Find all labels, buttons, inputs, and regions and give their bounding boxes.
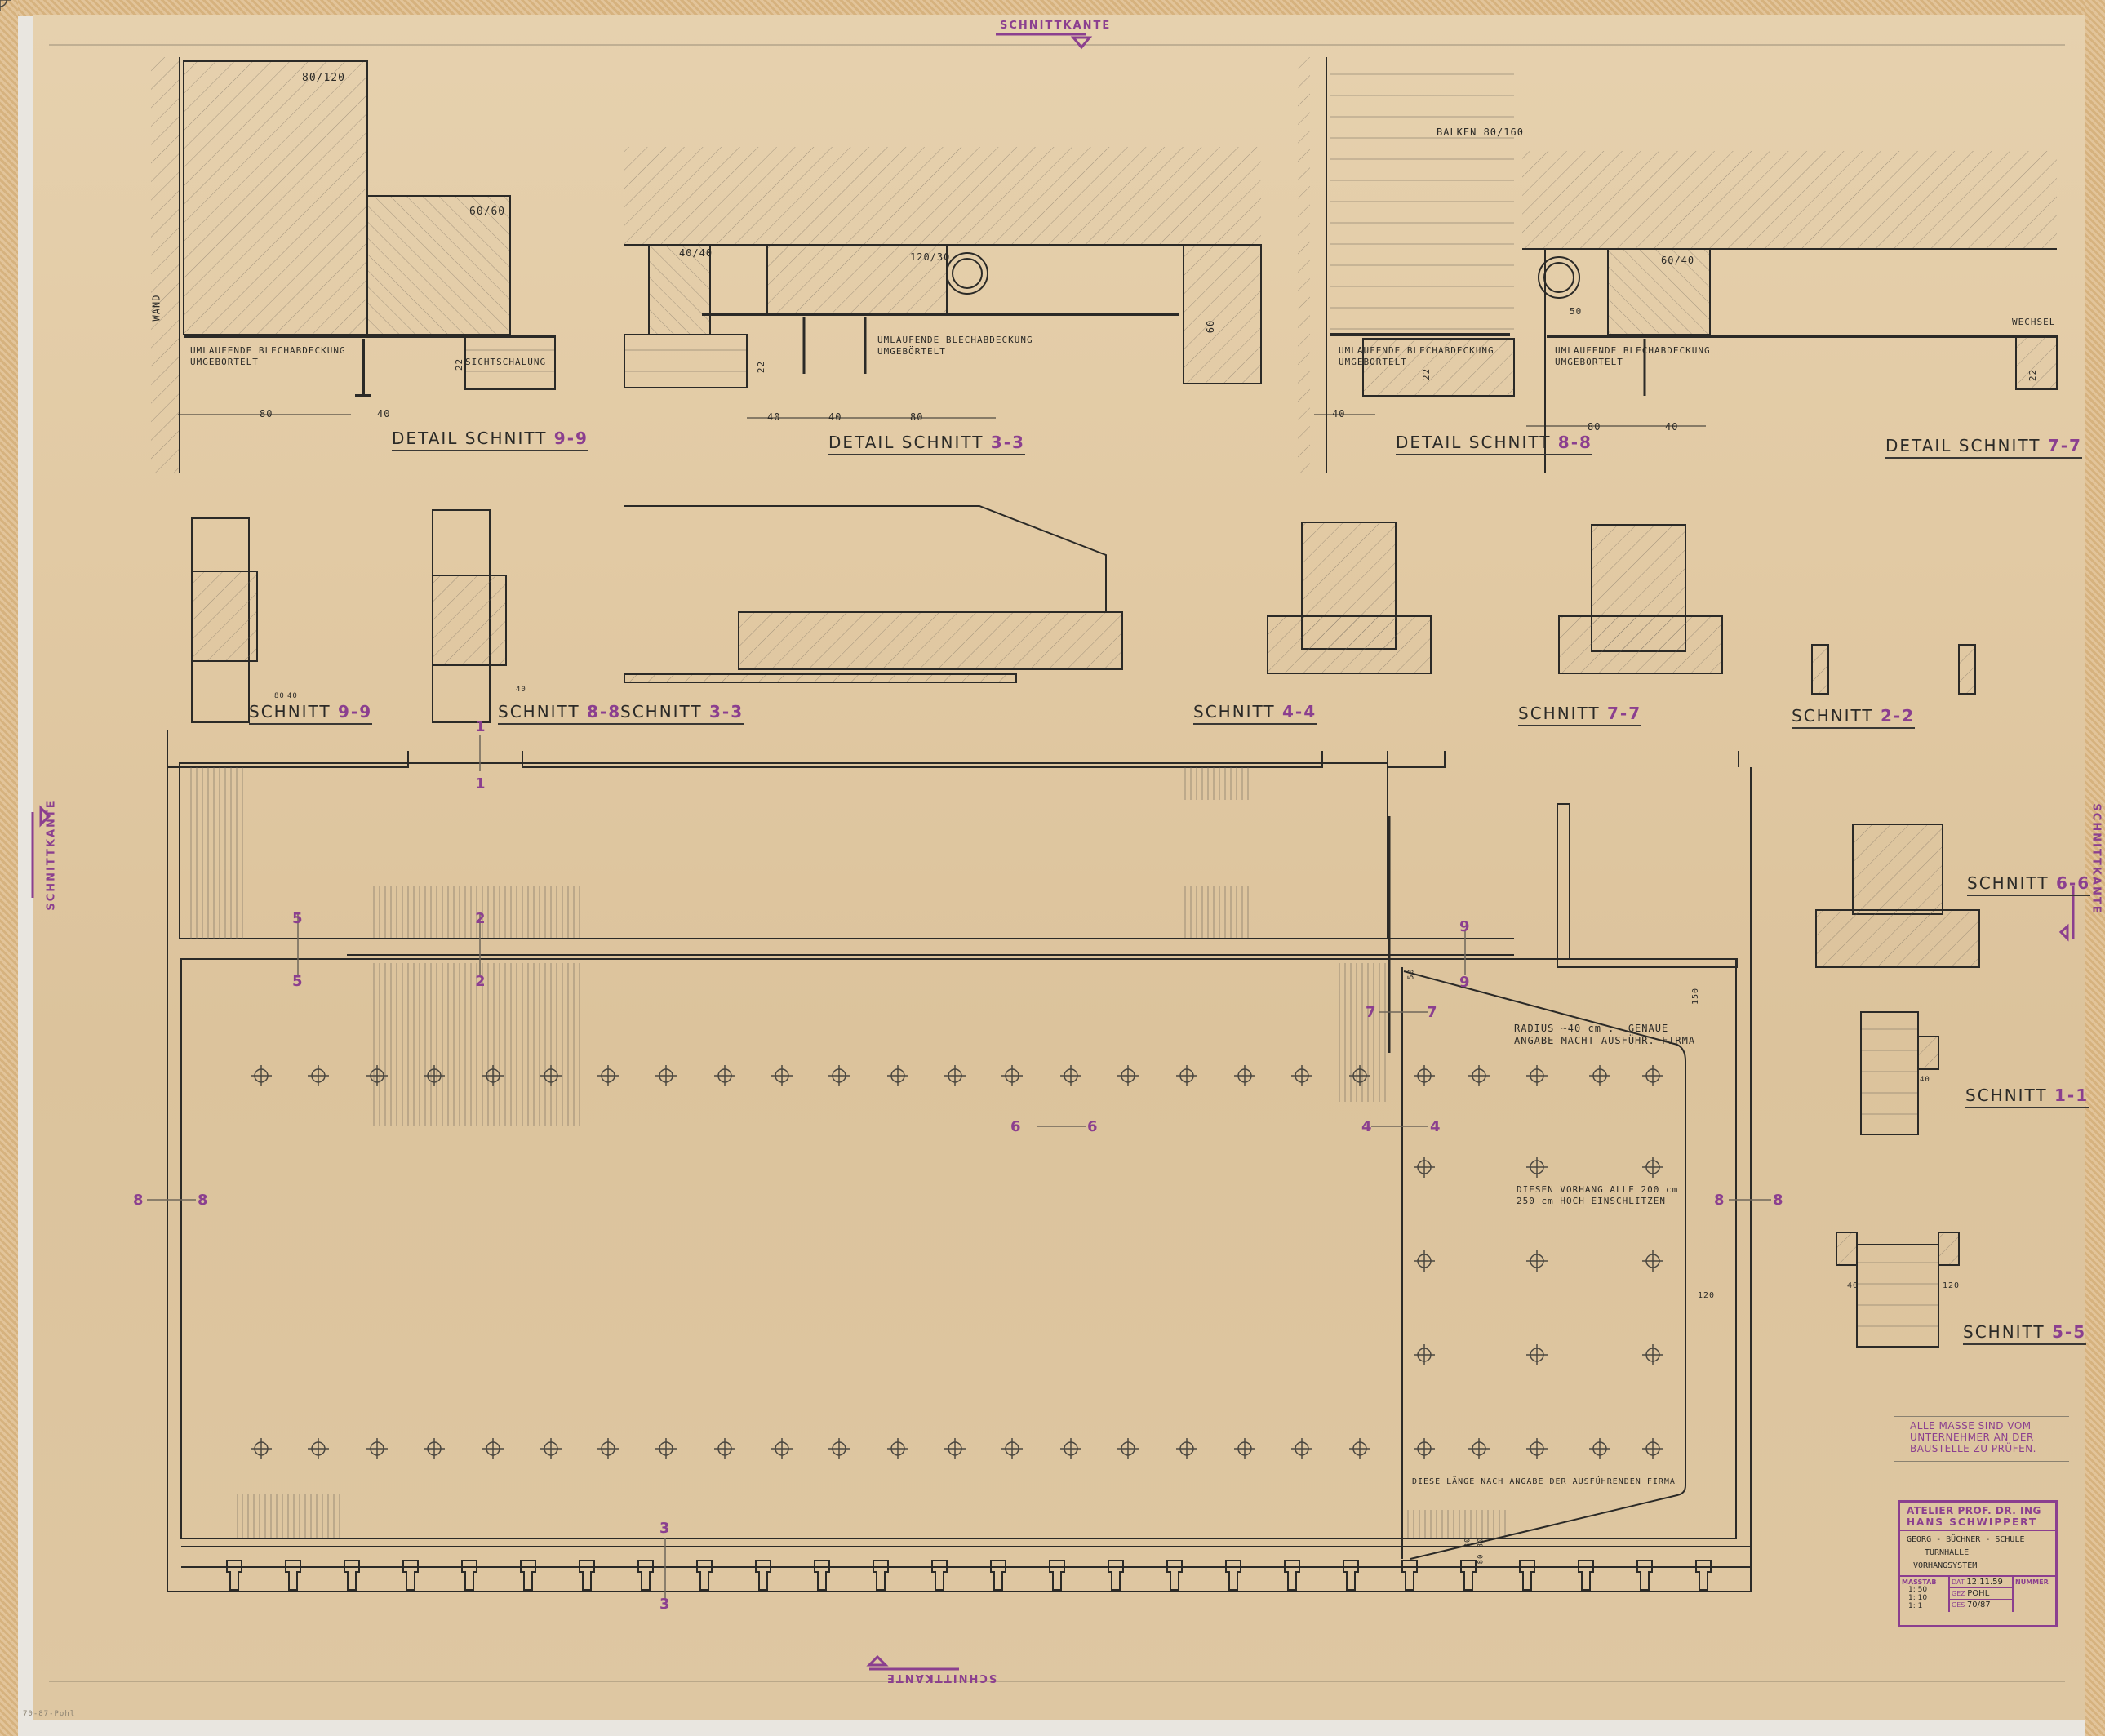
detail-8-8-note1: UMLAUFENDE BLECHABDECKUNG bbox=[1339, 345, 1494, 356]
marker-9-bottom: 9 bbox=[1459, 974, 1470, 991]
plan-dim-50: 50 bbox=[1407, 968, 1416, 979]
notice-block: ALLE MASSE SIND VOM UNTERNEHMER AN DER B… bbox=[1894, 1416, 2069, 1462]
section-2-2-title: SCHNITT 2-2 bbox=[1792, 706, 1915, 729]
marker-7-right: 7 bbox=[1427, 1004, 1437, 1021]
title-block-office: ATELIER PROF. DR. ING HANS SCHWIPPERT bbox=[1900, 1503, 2055, 1531]
plan-dim-80-b: 80 bbox=[1477, 1538, 1485, 1548]
detail-8-8-dim-40: 40 bbox=[1332, 408, 1345, 420]
marker-3-top: 3 bbox=[659, 1520, 670, 1537]
scale-1: 1: 50 bbox=[1902, 1586, 1947, 1594]
project-building: TURNHALLE bbox=[1907, 1547, 2049, 1560]
cut-edge-bottom: SCHNITTKANTE bbox=[886, 1672, 997, 1684]
note-curtain-1: DIESEN VORHANG ALLE 200 cm bbox=[1517, 1184, 1678, 1195]
detail-7-7-wechsel: WECHSEL bbox=[2012, 317, 2055, 327]
detail-9-9-dim-40: 40 bbox=[377, 408, 390, 420]
detail-3-3-dim-a: 40 bbox=[767, 411, 780, 423]
detail-7-7-dim-22: 22 bbox=[2027, 369, 2038, 381]
marker-5-top: 5 bbox=[292, 910, 303, 927]
marker-7-left: 7 bbox=[1366, 1004, 1376, 1021]
marker-5-bottom: 5 bbox=[292, 973, 303, 990]
project-school: GEORG - BÜCHNER - SCHULE bbox=[1907, 1534, 2049, 1547]
section-9-9-dim-b: 40 bbox=[287, 692, 298, 700]
notice-line-3: BAUSTELLE ZU PRÜFEN. bbox=[1910, 1443, 2069, 1454]
cut-edge-right: SCHNITTKANTE bbox=[2090, 803, 2103, 914]
marker-1-top: 1 bbox=[475, 718, 486, 735]
detail-7-7-note2: UMGEBÖRTELT bbox=[1555, 357, 1623, 367]
drawn-row: GEZ POHL bbox=[1950, 1588, 2012, 1600]
number-label: NUMMER bbox=[2015, 1578, 2054, 1586]
detail-8-8-note2: UMGEBÖRTELT bbox=[1339, 357, 1407, 367]
detail-3-3-dim-120-30: 120/30 bbox=[910, 251, 950, 263]
detail-3-3-dim-c: 80 bbox=[910, 411, 923, 423]
note-length: DIESE LÄNGE NACH ANGABE DER AUSFÜHRENDEN… bbox=[1412, 1477, 1676, 1486]
detail-3-3-note2: UMGEBÖRTELT bbox=[877, 346, 946, 357]
corner-pencil-note: 70-87-Pohl bbox=[23, 1710, 75, 1718]
detail-9-9-dim-22: 22 bbox=[454, 358, 464, 371]
detail-9-9-note2: UMGEBÖRTELT bbox=[190, 357, 259, 367]
detail-3-3-dim-22: 22 bbox=[756, 361, 766, 373]
marker-6-left: 6 bbox=[1010, 1118, 1021, 1135]
section-9-9-dim-a: 80 bbox=[274, 692, 285, 700]
note-radius-1: RADIUS ~40 cm .- GENAUE bbox=[1514, 1023, 1668, 1034]
detail-8-8-dim-22: 22 bbox=[1421, 368, 1432, 380]
detail-8-8-balken: BALKEN 80/160 bbox=[1437, 127, 1524, 138]
marker-1-bottom: 1 bbox=[475, 775, 486, 793]
detail-9-9-wand: WAND bbox=[150, 295, 162, 322]
checked-value: 70/87 bbox=[1967, 1601, 1991, 1609]
office-name-1: ATELIER PROF. DR. ING bbox=[1907, 1505, 2049, 1516]
marker-8-left-a: 8 bbox=[133, 1192, 144, 1209]
detail-9-9-dim-beam: 80/120 bbox=[302, 72, 345, 84]
detail-3-3-title: DETAIL SCHNITT 3-3 bbox=[828, 433, 1025, 455]
detail-7-7-dim-60-40: 60/40 bbox=[1661, 255, 1694, 266]
notice-line-2: UNTERNEHMER AN DER bbox=[1910, 1432, 2069, 1443]
marker-8-left-b: 8 bbox=[198, 1192, 208, 1209]
detail-3-3-dim-b: 40 bbox=[828, 411, 842, 423]
office-name-2: HANS SCHWIPPERT bbox=[1907, 1516, 2049, 1528]
scale-2: 1: 10 bbox=[1902, 1594, 1947, 1602]
section-7-7-title: SCHNITT 7-7 bbox=[1518, 704, 1641, 726]
detail-8-8-title: DETAIL SCHNITT 8-8 bbox=[1396, 433, 1592, 455]
detail-9-9-dim-80: 80 bbox=[260, 408, 273, 420]
section-3-3-title: SCHNITT 3-3 bbox=[620, 702, 744, 725]
section-8-8-dim-a: 40 bbox=[516, 686, 526, 694]
marker-3-bottom: 3 bbox=[659, 1596, 670, 1613]
detail-9-9-note1: UMLAUFENDE BLECHABDECKUNG bbox=[190, 345, 346, 356]
marker-8-right-a: 8 bbox=[1714, 1192, 1725, 1209]
title-block-project: GEORG - BÜCHNER - SCHULE TURNHALLE VORHA… bbox=[1900, 1531, 2055, 1577]
detail-3-3-note1: UMLAUFENDE BLECHABDECKUNG bbox=[877, 335, 1033, 345]
date-cell: DAT 12.11.59 GEZ POHL GES 70/87 bbox=[1950, 1577, 2014, 1612]
section-1-1-dim: 40 bbox=[1920, 1076, 1930, 1084]
drawn-by-value: POHL bbox=[1967, 1589, 1989, 1598]
detail-9-9-dim-post: 60/60 bbox=[469, 206, 505, 218]
number-cell: NUMMER bbox=[2014, 1577, 2055, 1612]
detail-9-9-sichtschalung: SICHTSCHALUNG bbox=[465, 357, 546, 367]
detail-7-7-note1: UMLAUFENDE BLECHABDECKUNG bbox=[1555, 345, 1711, 356]
plan-dim-120: 120 bbox=[1698, 1291, 1715, 1300]
marker-2-bottom: 2 bbox=[475, 973, 486, 990]
marker-2-top: 2 bbox=[475, 910, 486, 927]
section-6-6-title: SCHNITT 6-6 bbox=[1967, 873, 2090, 896]
detail-7-7-title: DETAIL SCHNITT 7-7 bbox=[1885, 436, 2082, 459]
plan-dim-80-a: 80 bbox=[1463, 1538, 1472, 1548]
detail-3-3-dim-40-40: 40/40 bbox=[679, 247, 713, 259]
detail-7-7-dim-50: 50 bbox=[1570, 306, 1582, 317]
notice-line-1: ALLE MASSE SIND VOM bbox=[1910, 1420, 2069, 1432]
marker-4-right: 4 bbox=[1430, 1118, 1441, 1135]
section-5-5-dim-a: 40 bbox=[1847, 1281, 1859, 1290]
plan-dim-80-c: 80 bbox=[1477, 1554, 1485, 1565]
plan-dim-150: 150 bbox=[1691, 988, 1700, 1005]
marker-8-right-b: 8 bbox=[1773, 1192, 1783, 1209]
detail-7-7-dim-80: 80 bbox=[1588, 421, 1601, 433]
detail-7-7-dim-40: 40 bbox=[1665, 421, 1678, 433]
note-curtain-2: 250 cm HOCH EINSCHLITZEN bbox=[1517, 1196, 1666, 1206]
marker-4-left: 4 bbox=[1361, 1118, 1372, 1135]
cut-edge-top: SCHNITTKANTE bbox=[1000, 20, 1111, 32]
section-5-5-dim-b: 120 bbox=[1943, 1281, 1960, 1290]
scale-3: 1: 1 bbox=[1902, 1602, 1947, 1610]
checked-row: GES 70/87 bbox=[1950, 1600, 2012, 1610]
marker-6-right: 6 bbox=[1087, 1118, 1098, 1135]
note-radius-2: ANGABE MACHT AUSFÜHR. FIRMA bbox=[1514, 1035, 1695, 1046]
marker-9-top: 9 bbox=[1459, 918, 1470, 935]
drawing-linework bbox=[0, 0, 2105, 1736]
section-8-8-title: SCHNITT 8-8 bbox=[498, 702, 621, 725]
section-1-1-title: SCHNITT 1-1 bbox=[1965, 1086, 2089, 1108]
section-4-4-title: SCHNITT 4-4 bbox=[1193, 702, 1317, 725]
project-subject: VORHANGSYSTEM bbox=[1907, 1560, 2049, 1573]
bottom-piers bbox=[227, 1561, 1711, 1590]
detail-3-3-dim-60: 60 bbox=[1205, 320, 1216, 333]
cut-edge-left: SCHNITTKANTE bbox=[46, 799, 58, 910]
date-value: 12.11.59 bbox=[1966, 1578, 2003, 1587]
detail-9-9-title: DETAIL SCHNITT 9-9 bbox=[392, 428, 588, 451]
section-9-9-title: SCHNITT 9-9 bbox=[249, 702, 372, 725]
section-5-5-title: SCHNITT 5-5 bbox=[1963, 1322, 2086, 1345]
date-row: DAT 12.11.59 bbox=[1950, 1577, 2012, 1588]
scale-label: MASSTAB bbox=[1902, 1578, 1947, 1586]
title-block: ATELIER PROF. DR. ING HANS SCHWIPPERT GE… bbox=[1898, 1500, 2058, 1627]
scale-cell: MASSTAB 1: 50 1: 10 1: 1 bbox=[1900, 1577, 1950, 1612]
title-block-meta: MASSTAB 1: 50 1: 10 1: 1 DAT 12.11.59 GE… bbox=[1900, 1577, 2055, 1612]
